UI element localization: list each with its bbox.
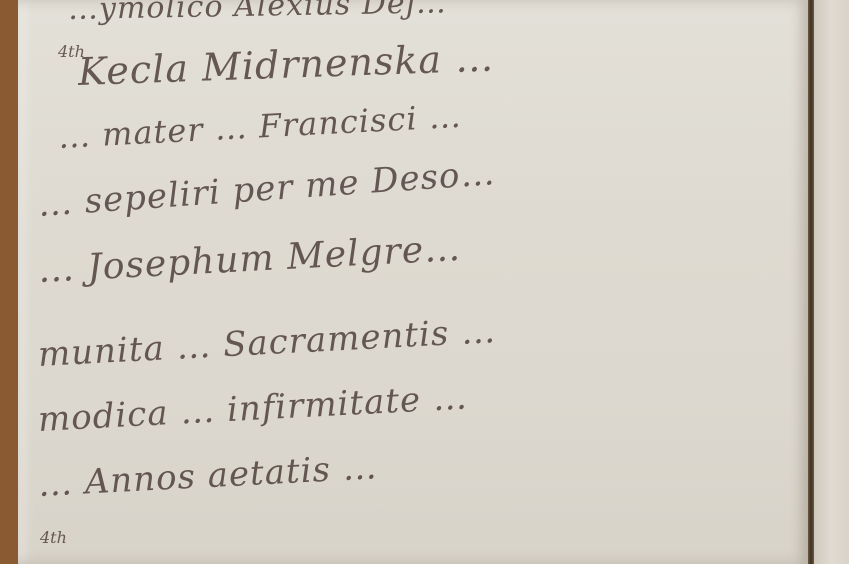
- manuscript-line: Kecla Midrnenska …: [77, 35, 495, 94]
- manuscript-line: … Annos aetatis …: [37, 447, 379, 505]
- manuscript-line: … sepeliri per me Deso…: [37, 153, 497, 225]
- margin-note: 4th: [40, 528, 67, 547]
- manuscript-line: munita … Sacramentis …: [37, 311, 497, 375]
- manuscript-line: … Josephum Melgre…: [37, 228, 462, 291]
- manuscript-line: modica … infirmitate …: [37, 378, 469, 440]
- manuscript-line: …ymolico Alexius Dej…: [68, 0, 447, 27]
- adjacent-page-edge: [814, 0, 849, 564]
- manuscript-page: 4th …ymolico Alexius Dej… Kecla Midrnens…: [18, 0, 808, 564]
- manuscript-line: … mater … Francisci …: [57, 97, 463, 156]
